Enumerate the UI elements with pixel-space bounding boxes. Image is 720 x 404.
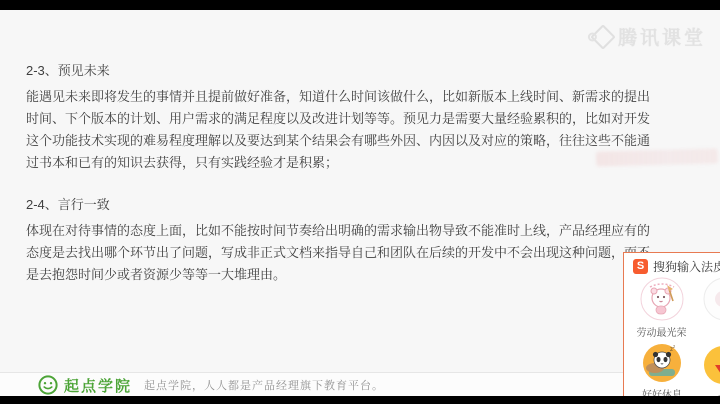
sticker-image-white-circle — [703, 277, 720, 321]
letterbox-top — [0, 0, 720, 10]
section-foresee-future: 2-3、预见未来 能遇见未来即将发生的事情并且提前做好准备，知道什么时间该做什么… — [26, 60, 650, 174]
sogou-logo-icon: S — [633, 259, 648, 274]
sticker-image-sleeping-panda: z z — [642, 343, 682, 383]
section-body: 能遇见未来即将发生的事情并且提前做好准备，知道什么时间该做什么，比如新版本上线时… — [26, 86, 650, 174]
letterbox-bottom — [0, 396, 720, 404]
video-frame: 腾讯课堂 2-3、预见未来 能遇见未来即将发生的事情并且提前做好准备，知道什么时… — [0, 0, 720, 404]
svg-text:z: z — [673, 344, 676, 349]
sogou-panel-title: 搜狗输入法皮肤 — [653, 258, 720, 275]
graduation-cap-icon — [590, 24, 615, 49]
footer-brand-strip: 起点学院 起点学院，人人都是产品经理旗下教育平台。 — [0, 372, 720, 396]
sticker-rest-well[interactable]: z z 好好休息 — [631, 343, 693, 396]
sogou-panel-header[interactable]: S 搜狗输入法皮肤 — [624, 253, 720, 278]
tencent-classroom-label: 腾讯课堂 — [618, 23, 706, 50]
section-body: 体现在对待事情的态度上面，比如不能按时间节奏给出明确的需求输出物导致不能准时上线… — [26, 220, 650, 286]
sogou-skin-ad-panel[interactable]: S 搜狗输入法皮肤 劳动最光荣 — [623, 252, 720, 396]
section-heading: 2-4、言行一致 — [26, 194, 650, 216]
anti-piracy-watermark — [596, 148, 718, 166]
sticker-image-pink-character — [640, 277, 684, 321]
tencent-classroom-watermark: 腾讯课堂 — [594, 23, 706, 50]
sticker-clipped-right-top[interactable] — [692, 277, 720, 324]
sticker-clipped-right-bottom[interactable]: 一 — [692, 345, 720, 396]
lecture-text: 2-3、预见未来 能遇见未来即将发生的事情并且提前做好准备，知道什么时间该做什么… — [26, 60, 650, 286]
sticker-label: 好好休息 — [631, 386, 693, 396]
sticker-label: 一 — [692, 388, 720, 396]
slide-content: 腾讯课堂 2-3、预见未来 能遇见未来即将发生的事情并且提前做好准备，知道什么时… — [0, 10, 720, 396]
sticker-labor-glorious[interactable]: 劳动最光荣 — [629, 277, 694, 339]
section-words-deeds: 2-4、言行一致 体现在对待事情的态度上面，比如不能按时间节奏给出明确的需求输出… — [26, 194, 650, 286]
qidian-smiley-icon — [38, 375, 58, 395]
sticker-image-yellow-red-arrow — [703, 345, 720, 385]
section-heading: 2-3、预见未来 — [26, 60, 650, 82]
sticker-label: 劳动最光荣 — [629, 324, 694, 339]
qidian-brand-name: 起点学院 — [64, 375, 132, 396]
qidian-tagline: 起点学院，人人都是产品经理旗下教育平台。 — [144, 377, 384, 393]
